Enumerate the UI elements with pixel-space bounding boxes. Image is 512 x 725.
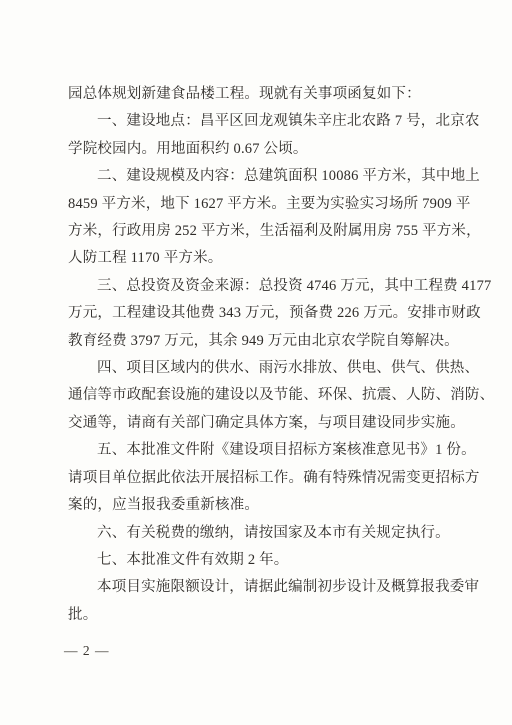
document-line: 请项目单位据此依法开展招标工作。确有特殊情况需变更招标方 xyxy=(68,465,460,492)
document-line: 8459 平方米，地下 1627 平方米。主要为实验实习场所 7909 平 xyxy=(68,191,460,218)
document-line: 人防工程 1170 平方米。 xyxy=(68,245,460,272)
document-line-item-7: 七、本批准文件有效期 2 年。 xyxy=(68,547,460,574)
page-number: — 2 — xyxy=(64,642,110,660)
document-line: 园总体规划新建食品楼工程。现就有关事项函复如下： xyxy=(68,81,460,108)
document-line: 案的，应当报我委重新核准。 xyxy=(68,492,460,519)
document-line-item-6: 六、有关税费的缴纳，请按国家及本市有关规定执行。 xyxy=(68,520,460,547)
document-line: 交通等，请商有关部门确定具体方案，与项目建设同步实施。 xyxy=(68,410,460,437)
document-line: 方米，行政用房 252 平方米，生活福利及附属用房 755 平方米， xyxy=(68,218,460,245)
document-line-item-3: 三、总投资及资金来源：总投资 4746 万元，其中工程费 4177 xyxy=(68,273,460,300)
document-line-item-5: 五、本批准文件附《建设项目招标方案核准意见书》1 份。 xyxy=(68,437,460,464)
document-line-item-4: 四、项目区域内的供水、雨污水排放、供电、供气、供热、 xyxy=(68,355,460,382)
document-line: 教育经费 3797 万元，其余 949 万元由北京农学院自筹解决。 xyxy=(68,328,460,355)
document-body: 园总体规划新建食品楼工程。现就有关事项函复如下： 一、建设地点：昌平区回龙观镇朱… xyxy=(68,81,460,629)
document-line: 本项目实施限额设计，请据此编制初步设计及概算报我委审 xyxy=(68,574,460,601)
document-line: 批。 xyxy=(68,602,460,629)
document-line: 学院校园内。用地面积约 0.67 公顷。 xyxy=(68,136,460,163)
document-page: 园总体规划新建食品楼工程。现就有关事项函复如下： 一、建设地点：昌平区回龙观镇朱… xyxy=(0,0,512,725)
document-line: 通信等市政配套设施的建设以及节能、环保、抗震、人防、消防、 xyxy=(68,382,460,409)
document-line-item-1: 一、建设地点：昌平区回龙观镇朱辛庄北农路 7 号，北京农 xyxy=(68,108,460,135)
document-line-item-2: 二、建设规模及内容：总建筑面积 10086 平方米，其中地上 xyxy=(68,163,460,190)
document-line: 万元，工程建设其他费 343 万元，预备费 226 万元。安排市财政 xyxy=(68,300,460,327)
